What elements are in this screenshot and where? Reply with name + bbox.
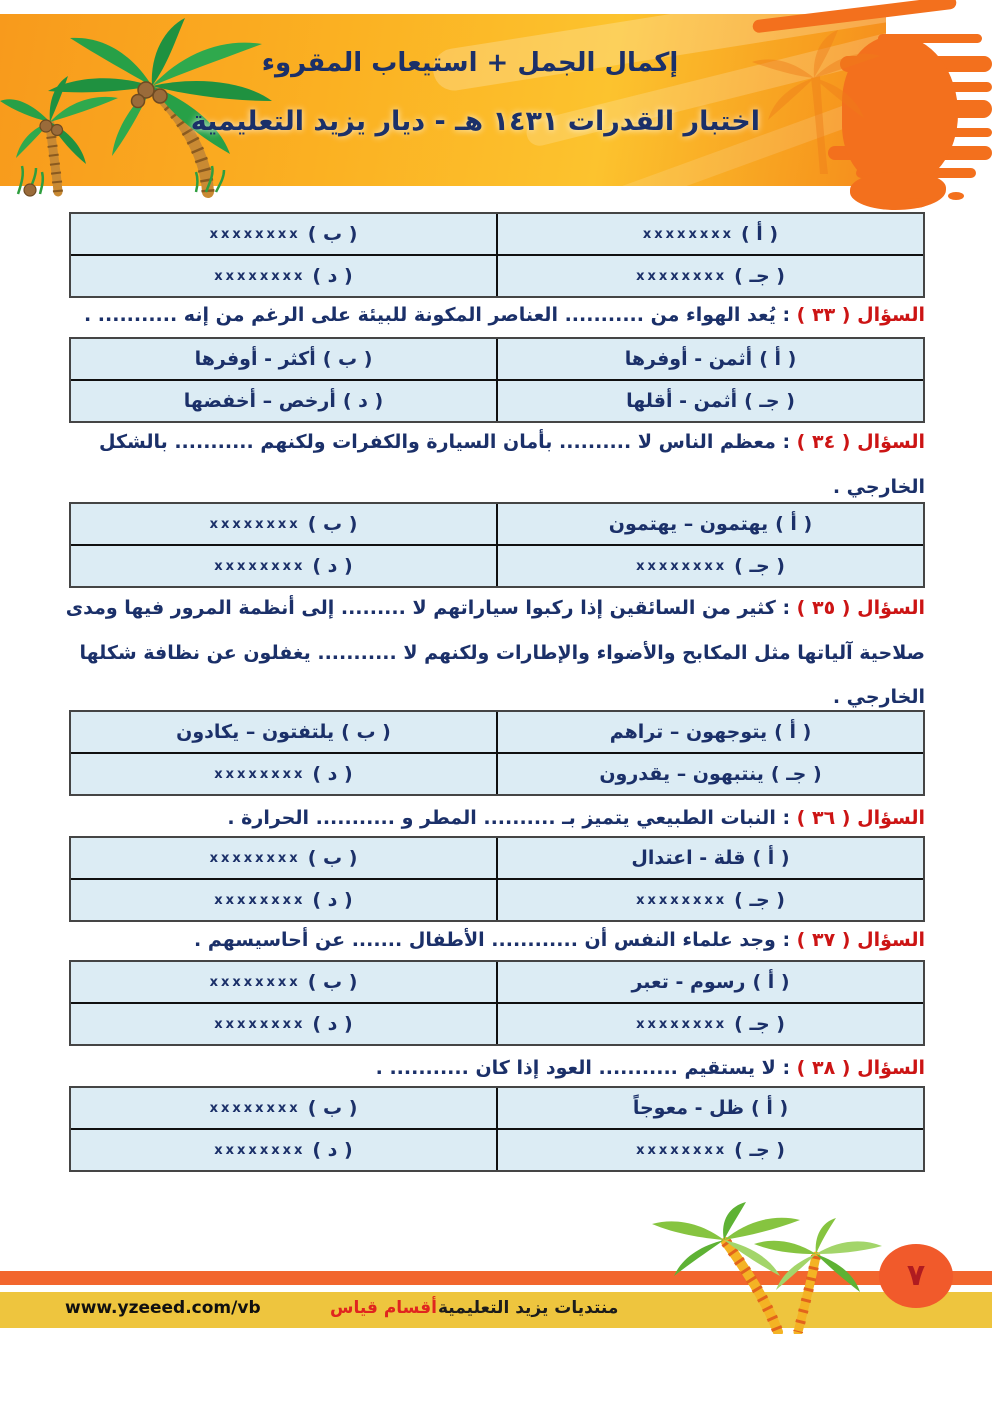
option-a: ( أ ) يتوجهون – تراهم (496, 712, 923, 752)
option-value: xxxxxxxx (643, 227, 734, 242)
question-number-label: السؤال ( ٣٧ ) (797, 929, 925, 951)
option-value: xxxxxxxx (210, 851, 301, 866)
option-value: أثمن - أقلها (626, 390, 737, 412)
option-value: يلتفتون – يكادون (176, 721, 334, 743)
option-c: ( جـ ) أثمن - أقلها (496, 381, 923, 421)
option-value: xxxxxxxx (214, 269, 305, 284)
question-number-label: السؤال ( ٣٨ ) (797, 1057, 925, 1079)
question-34-text: السؤال ( ٣٤ ) : معظم الناس لا ..........… (60, 429, 925, 455)
options-table: ( أ ) أثمن - أوفرها ( ب ) أكثر - أوفرها … (69, 337, 925, 423)
option-d: ( د ) xxxxxxxx (71, 546, 496, 586)
question-35-text: السؤال ( ٣٥ ) : كثير من السائقين إذا ركب… (60, 595, 925, 621)
question-35-text-cont: صلاحية آلياتها مثل المكابح والأضواء والإ… (60, 640, 925, 666)
question-37-text: السؤال ( ٣٧ ) : وجد علماء النفس أن .....… (60, 927, 925, 953)
option-key: ( د ) (312, 763, 352, 785)
splash-blob (850, 172, 946, 210)
option-key: ( جـ ) (734, 1139, 785, 1161)
option-b: ( ب ) أكثر - أوفرها (71, 339, 496, 379)
option-key: ( د ) (343, 390, 383, 412)
option-b: ( ب ) xxxxxxxx (71, 1088, 496, 1128)
splash-blob (948, 192, 964, 200)
option-value: xxxxxxxx (210, 975, 301, 990)
option-key: ( د ) (312, 555, 352, 577)
option-value: xxxxxxxx (214, 1143, 305, 1158)
header-title-line1: إكمال الجمل + استيعاب المقروء (240, 48, 700, 78)
footer-forum-name: منتديات يزيد التعليمية (438, 1298, 618, 1318)
option-a: ( أ ) xxxxxxxx (496, 214, 923, 254)
option-b: ( ب ) xxxxxxxx (71, 838, 496, 878)
option-a: ( أ ) ظل - معوجاً (496, 1088, 923, 1128)
option-key: ( أ ) (752, 971, 789, 993)
option-key: ( د ) (312, 1139, 352, 1161)
option-key: ( ب ) (308, 1097, 358, 1119)
option-key: ( د ) (312, 265, 352, 287)
option-d: ( د ) xxxxxxxx (71, 880, 496, 920)
option-key: ( جـ ) (771, 763, 822, 785)
header-title-line2: اختبار القدرات ١٤٣١ هـ - ديار يزيد التعل… (200, 106, 760, 137)
option-key: ( جـ ) (734, 1013, 785, 1035)
question-number-label: السؤال ( ٣٣ ) (797, 304, 925, 326)
question-body: : كثير من السائقين إذا ركبوا سياراتهم لا… (66, 597, 797, 619)
option-key: ( أ ) (774, 721, 811, 743)
option-value: xxxxxxxx (210, 517, 301, 532)
question-body: : يُعد الهواء من ........... العناصر الم… (84, 304, 797, 326)
option-value: xxxxxxxx (636, 1143, 727, 1158)
page-number-badge: ٧ (879, 1244, 953, 1308)
exam-document-page: إكمال الجمل + استيعاب المقروء اختبار الق… (0, 0, 992, 1403)
option-d: ( د ) xxxxxxxx (71, 1130, 496, 1170)
question-body: : النبات الطبيعي يتميز بـ .......... الم… (227, 807, 796, 829)
option-key: ( أ ) (759, 348, 796, 370)
question-38-text: السؤال ( ٣٨ ) : لا يستقيم ........... ال… (60, 1055, 925, 1081)
question-body: : معظم الناس لا .......... بأمان السيارة… (99, 431, 797, 453)
splash-blob (902, 198, 928, 208)
option-c: ( جـ ) xxxxxxxx (496, 1130, 923, 1170)
option-c: ( جـ ) xxxxxxxx (496, 1004, 923, 1044)
option-value: رسوم - تعبر (631, 971, 745, 993)
option-value: ظل - معوجاً (633, 1097, 744, 1119)
watermark-palm-icon (728, 26, 888, 176)
option-d: ( د ) أرخص – أخفضها (71, 381, 496, 421)
question-number-label: السؤال ( ٣٤ ) (797, 431, 925, 453)
option-value: xxxxxxxx (636, 269, 727, 284)
option-key: ( ب ) (308, 847, 358, 869)
option-c: ( جـ ) xxxxxxxx (496, 256, 923, 296)
option-key: ( ب ) (323, 348, 373, 370)
option-key: ( ب ) (308, 971, 358, 993)
question-34-text-cont: الخارجي . (60, 474, 925, 500)
options-table: ( أ ) قلة - اعتدال ( ب ) xxxxxxxx ( جـ )… (69, 836, 925, 922)
option-key: ( د ) (312, 889, 352, 911)
option-a: ( أ ) يهتمون – يهتمون (496, 504, 923, 544)
option-key: ( جـ ) (744, 390, 795, 412)
question-33-text: السؤال ( ٣٣ ) : يُعد الهواء من .........… (60, 302, 925, 328)
option-value: xxxxxxxx (636, 1017, 727, 1032)
option-value: أرخص – أخفضها (184, 390, 336, 412)
options-table: ( أ ) xxxxxxxx ( ب ) xxxxxxxx ( جـ ) xxx… (69, 212, 925, 298)
option-d: ( د ) xxxxxxxx (71, 256, 496, 296)
page-number: ٧ (907, 1261, 925, 1291)
question-body: : وجد علماء النفس أن ............ الأطفا… (194, 929, 797, 951)
option-key: ( ب ) (308, 513, 358, 535)
option-key: ( أ ) (752, 847, 789, 869)
option-value: xxxxxxxx (210, 1101, 301, 1116)
option-a: ( أ ) أثمن - أوفرها (496, 339, 923, 379)
question-number-label: السؤال ( ٣٥ ) (797, 597, 925, 619)
question-35-text-cont: الخارجي . (60, 684, 925, 710)
option-key: ( جـ ) (734, 265, 785, 287)
option-key: ( جـ ) (734, 555, 785, 577)
header-palm-trees-icon (0, 6, 400, 201)
option-value: قلة - اعتدال (631, 847, 745, 869)
option-value: ينتبهون – يقدرون (599, 763, 764, 785)
footer-section-label: أقسام قياس (330, 1298, 437, 1318)
footer-palm-trees-icon (624, 1200, 892, 1334)
option-c: ( جـ ) xxxxxxxx (496, 546, 923, 586)
option-c: ( جـ ) xxxxxxxx (496, 880, 923, 920)
options-table: ( أ ) ظل - معوجاً ( ب ) xxxxxxxx ( جـ ) … (69, 1086, 925, 1172)
option-value: xxxxxxxx (214, 767, 305, 782)
option-value: أثمن - أوفرها (625, 348, 753, 370)
option-value: xxxxxxxx (636, 893, 727, 908)
option-value: يتوجهون – تراهم (610, 721, 767, 743)
option-value: xxxxxxxx (210, 227, 301, 242)
question-36-text: السؤال ( ٣٦ ) : النبات الطبيعي يتميز بـ … (60, 805, 925, 831)
option-key: ( أ ) (751, 1097, 788, 1119)
option-key: ( ب ) (341, 721, 391, 743)
options-table: ( أ ) رسوم - تعبر ( ب ) xxxxxxxx ( جـ ) … (69, 960, 925, 1046)
option-key: ( أ ) (775, 513, 812, 535)
option-value: xxxxxxxx (636, 559, 727, 574)
question-number-label: السؤال ( ٣٦ ) (797, 807, 925, 829)
option-value: xxxxxxxx (214, 1017, 305, 1032)
option-d: ( د ) xxxxxxxx (71, 754, 496, 794)
option-a: ( أ ) رسوم - تعبر (496, 962, 923, 1002)
option-value: يهتمون – يهتمون (609, 513, 768, 535)
options-table: ( أ ) يتوجهون – تراهم ( ب ) يلتفتون – يك… (69, 710, 925, 796)
option-key: ( جـ ) (734, 889, 785, 911)
option-key: ( ب ) (308, 223, 358, 245)
option-value: xxxxxxxx (214, 559, 305, 574)
footer-website-url: www.yzeeed.com/vb (65, 1298, 261, 1318)
option-b: ( ب ) xxxxxxxx (71, 962, 496, 1002)
option-value: xxxxxxxx (214, 893, 305, 908)
options-table: ( أ ) يهتمون – يهتمون ( ب ) xxxxxxxx ( ج… (69, 502, 925, 588)
option-value: أكثر - أوفرها (195, 348, 316, 370)
option-c: ( جـ ) ينتبهون – يقدرون (496, 754, 923, 794)
option-b: ( ب ) xxxxxxxx (71, 504, 496, 544)
option-key: ( د ) (312, 1013, 352, 1035)
option-key: ( أ ) (741, 223, 778, 245)
option-b: ( ب ) يلتفتون – يكادون (71, 712, 496, 752)
question-body: : لا يستقيم ........... العود إذا كان ..… (376, 1057, 797, 1079)
option-a: ( أ ) قلة - اعتدال (496, 838, 923, 878)
option-b: ( ب ) xxxxxxxx (71, 214, 496, 254)
option-d: ( د ) xxxxxxxx (71, 1004, 496, 1044)
